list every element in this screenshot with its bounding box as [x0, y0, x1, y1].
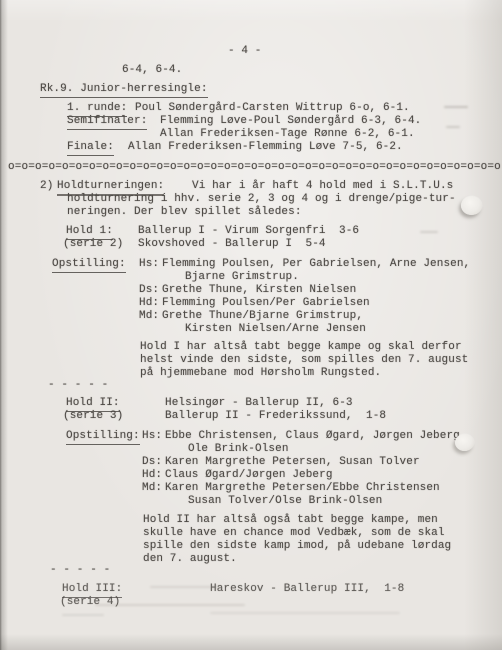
team-result: Skovshoved - Ballerup I 5-4	[138, 238, 326, 251]
team-note-line: den 7. august.	[143, 553, 237, 566]
dash-divider: - - - - -	[50, 564, 110, 577]
pencil-smudge	[62, 614, 104, 616]
pencil-smudge	[210, 612, 400, 614]
section-number: 2)	[40, 180, 53, 193]
team-serie: (serie 4)	[60, 596, 120, 609]
team-note-line: på hjemmebane mod Hørsholm Rungsted.	[140, 367, 381, 380]
team-note-line: Hold II har altså også tabt begge kampe,…	[143, 514, 438, 527]
round-label: Semifinaler:	[67, 115, 147, 130]
pencil-smudge	[150, 586, 220, 588]
lineup-names: Karen Margrethe Petersen, Susan Tolver	[165, 456, 420, 469]
lineup-category: Hs:	[139, 258, 159, 271]
team-serie: (serie 2)	[63, 238, 123, 251]
round-result: Flemming Løve-Poul Søndergård 6-3, 6-4.	[160, 115, 421, 128]
lineup-names: Ebbe Christensen, Claus Øgard, Jørgen Je…	[165, 430, 467, 443]
round-result: Allan Frederiksen-Tage Rønne 6-2, 6-1.	[160, 128, 415, 141]
paper-blister	[461, 196, 482, 215]
team-result: Helsingør - Ballerup II, 6-3	[165, 397, 353, 410]
team-note-line: helst vinde den sidste, som spilles den …	[140, 354, 468, 367]
carryover-score: 6-4, 6-4.	[122, 64, 182, 77]
team-result: Ballerup I - Virum Sorgenfri 3-6	[138, 225, 359, 238]
lineup-names: Karen Margrethe Petersen/Ebbe Christense…	[165, 482, 440, 495]
lineup-names: Kirsten Nielsen/Arne Jensen	[185, 323, 366, 336]
page-number: - 4 -	[228, 45, 262, 58]
team-note-line: Hold I har altså tabt begge kampe og ska…	[140, 341, 462, 354]
intro-line: neringen. Der blev spillet således:	[67, 206, 302, 219]
lineup-category: Md:	[142, 482, 162, 495]
dash-divider: - - - - -	[48, 379, 108, 392]
lineup-names: Claus Øgard/Jørgen Jeberg	[165, 469, 333, 482]
ornament-separator: o=o=o=o=o=o=o=o=o=o=o=o=o=o=o=o=o=o=o=o=…	[8, 161, 501, 174]
round-label: Finale:	[67, 141, 114, 156]
team-result: Hareskov - Ballerup III, 1-8	[210, 583, 404, 596]
intro-line: holdturnering i hhv. serie 2, 3 og 4 og …	[67, 193, 456, 206]
lineup-names: Bjarne Grimstrup.	[185, 271, 299, 284]
lineup-label: Opstilling:	[52, 258, 126, 273]
pencil-smudge	[444, 106, 468, 108]
team-note-line: skulle have en chance mod Vedbæk, som de…	[143, 527, 445, 540]
lineup-category: Ds:	[139, 284, 159, 297]
junior-section-heading: Rk.9. Junior-herresingle:	[40, 83, 208, 98]
team-note-line: spille den sidste kamp imod, på udebane …	[143, 540, 451, 553]
lineup-names: Flemming Poulsen/Per Gabrielsen	[162, 297, 370, 310]
pencil-smudge	[446, 126, 460, 128]
round-result: Allan Frederiksen-Flemming Løve 7-5, 6-2…	[128, 141, 403, 154]
lineup-category: Md:	[139, 310, 159, 323]
lineup-category: Ds:	[142, 456, 162, 469]
lineup-names: Ole Brink-Olsen	[188, 443, 289, 456]
lineup-names: Grethe Thune, Kirsten Nielsen	[162, 284, 356, 297]
lineup-names: Grethe Thune/Bjarne Grimstrup,	[162, 310, 363, 323]
lineup-label: Opstilling:	[66, 430, 140, 445]
lineup-names: Susan Tolver/Olse Brink-Olsen	[188, 495, 382, 508]
lineup-names: Flemming Poulsen, Per Gabrielsen, Arne J…	[162, 258, 470, 271]
lineup-category: Hd:	[142, 469, 162, 482]
lineup-category: Hd:	[139, 297, 159, 310]
team-serie: (serie 3)	[63, 410, 123, 423]
team-result: Ballerup II - Frederikssund, 1-8	[165, 410, 386, 423]
pencil-smudge	[95, 604, 245, 606]
scanned-document-page: - 4 - 6-4, 6-4. Rk.9. Junior-herresingle…	[0, 0, 502, 650]
pencil-smudge	[420, 231, 438, 233]
lineup-category: Hs:	[142, 430, 162, 443]
round-result: Poul Søndergård-Carsten Wittrup 6-o, 6-1…	[135, 102, 410, 115]
paper-blister	[455, 434, 474, 451]
intro-line: Vi har i år haft 4 hold med i S.L.T.U.s	[192, 180, 453, 193]
